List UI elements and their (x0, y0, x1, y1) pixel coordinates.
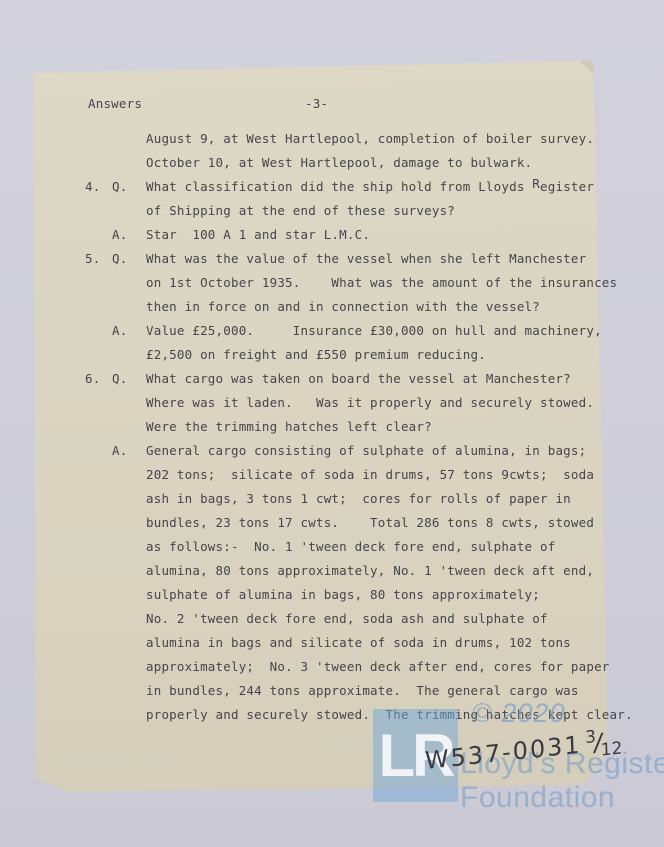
typed-line: Were the trimming hatches left clear? (85, 418, 630, 435)
line-text: as follows:- No. 1 'tween deck fore end,… (146, 539, 555, 554)
scan-background: { "document": { "header": { "left": "Ans… (0, 0, 664, 847)
line-text: What cargo was taken on board the vessel… (146, 371, 571, 386)
question-number: 4. (85, 178, 112, 195)
typed-line: 5.Q.What was the value of the vessel whe… (85, 250, 630, 267)
watermark-org-line2: Foundation (460, 781, 615, 815)
line-text: Where was it laden. Was it properly and … (146, 395, 594, 410)
typed-line: alumina in bags and silicate of soda in … (85, 634, 630, 651)
line-text: 202 tons; silicate of soda in drums, 57 … (146, 467, 594, 482)
line-text: on 1st October 1935. What was the amount… (146, 275, 617, 290)
line-text: General cargo consisting of sulphate of … (146, 443, 586, 458)
line-text: alumina in bags and silicate of soda in … (146, 635, 571, 650)
line-text: ash in bags, 3 tons 1 cwt; cores for rol… (146, 491, 571, 506)
typed-line: ash in bags, 3 tons 1 cwt; cores for rol… (85, 490, 630, 507)
line-text: approximately; No. 3 'tween deck after e… (146, 659, 610, 674)
line-text: Value £25,000. Insurance £30,000 on hull… (146, 323, 602, 338)
typed-line: A.Value £25,000. Insurance £30,000 on hu… (85, 322, 630, 339)
typed-line: A.General cargo consisting of sulphate o… (85, 442, 630, 459)
typed-line: in bundles, 244 tons approximate. The ge… (85, 682, 630, 699)
line-text: sulphate of alumina in bags, 80 tons app… (146, 587, 540, 602)
typed-line: A.Star 100 A 1 and star L.M.C. (85, 226, 630, 243)
line-text: What was the value of the vessel when sh… (146, 251, 586, 266)
handwritten-fraction: 3/12 (585, 726, 623, 758)
typed-line: sulphate of alumina in bags, 80 tons app… (85, 586, 630, 603)
qa-marker: Q. (112, 250, 146, 267)
line-text: £2,500 on freight and £550 premium reduc… (146, 347, 486, 362)
qa-marker: Q. (112, 178, 146, 195)
copyright-watermark: © 2020 (472, 698, 565, 729)
typed-line: then in force on and in connection with … (85, 298, 630, 315)
typed-line: of Shipping at the end of these surveys? (85, 202, 630, 219)
line-text: October 10, at West Hartlepool, damage t… (146, 155, 532, 170)
typed-line: October 10, at West Hartlepool, damage t… (85, 154, 630, 171)
line-text: alumina, 80 tons approximately, No. 1 't… (146, 563, 594, 578)
line-text: August 9, at West Hartlepool, completion… (146, 131, 594, 146)
typed-line: No. 2 'tween deck fore end, soda ash and… (85, 610, 630, 627)
qa-marker: A. (112, 322, 146, 339)
qa-marker: A. (112, 226, 146, 243)
qa-marker: Q. (112, 370, 146, 387)
qa-marker: A. (112, 442, 146, 459)
question-number: 5. (85, 250, 112, 267)
typed-line: Where was it laden. Was it properly and … (85, 394, 630, 411)
line-text: Star 100 A 1 and star L.M.C. (146, 227, 370, 242)
typed-line: alumina, 80 tons approximately, No. 1 't… (85, 562, 630, 579)
typed-line: as follows:- No. 1 'tween deck fore end,… (85, 538, 630, 555)
typed-line: bundles, 23 tons 17 cwts. Total 286 tons… (85, 514, 630, 531)
typed-line: 202 tons; silicate of soda in drums, 57 … (85, 466, 630, 483)
question-number: 6. (85, 370, 112, 387)
typed-line: £2,500 on freight and £550 premium reduc… (85, 346, 630, 363)
line-text: in bundles, 244 tons approximate. The ge… (146, 683, 579, 698)
typed-line: August 9, at West Hartlepool, completion… (85, 130, 630, 147)
page-number: -3- (305, 95, 328, 112)
typed-line: approximately; No. 3 'tween deck after e… (85, 658, 630, 675)
line-text: bundles, 23 tons 17 cwts. Total 286 tons… (146, 515, 594, 530)
page-header-answers: Answers (88, 95, 142, 112)
line-text: What classification did the ship hold fr… (146, 176, 594, 194)
typed-line: on 1st October 1935. What was the amount… (85, 274, 630, 291)
line-text: No. 2 'tween deck fore end, soda ash and… (146, 611, 548, 626)
line-text: Were the trimming hatches left clear? (146, 419, 432, 434)
superscript-letter: R (532, 176, 540, 191)
typed-line: 4.Q.What classification did the ship hol… (85, 178, 630, 195)
line-text: of Shipping at the end of these surveys? (146, 203, 455, 218)
typed-line: 6.Q.What cargo was taken on board the ve… (85, 370, 630, 387)
line-text: then in force on and in connection with … (146, 299, 540, 314)
